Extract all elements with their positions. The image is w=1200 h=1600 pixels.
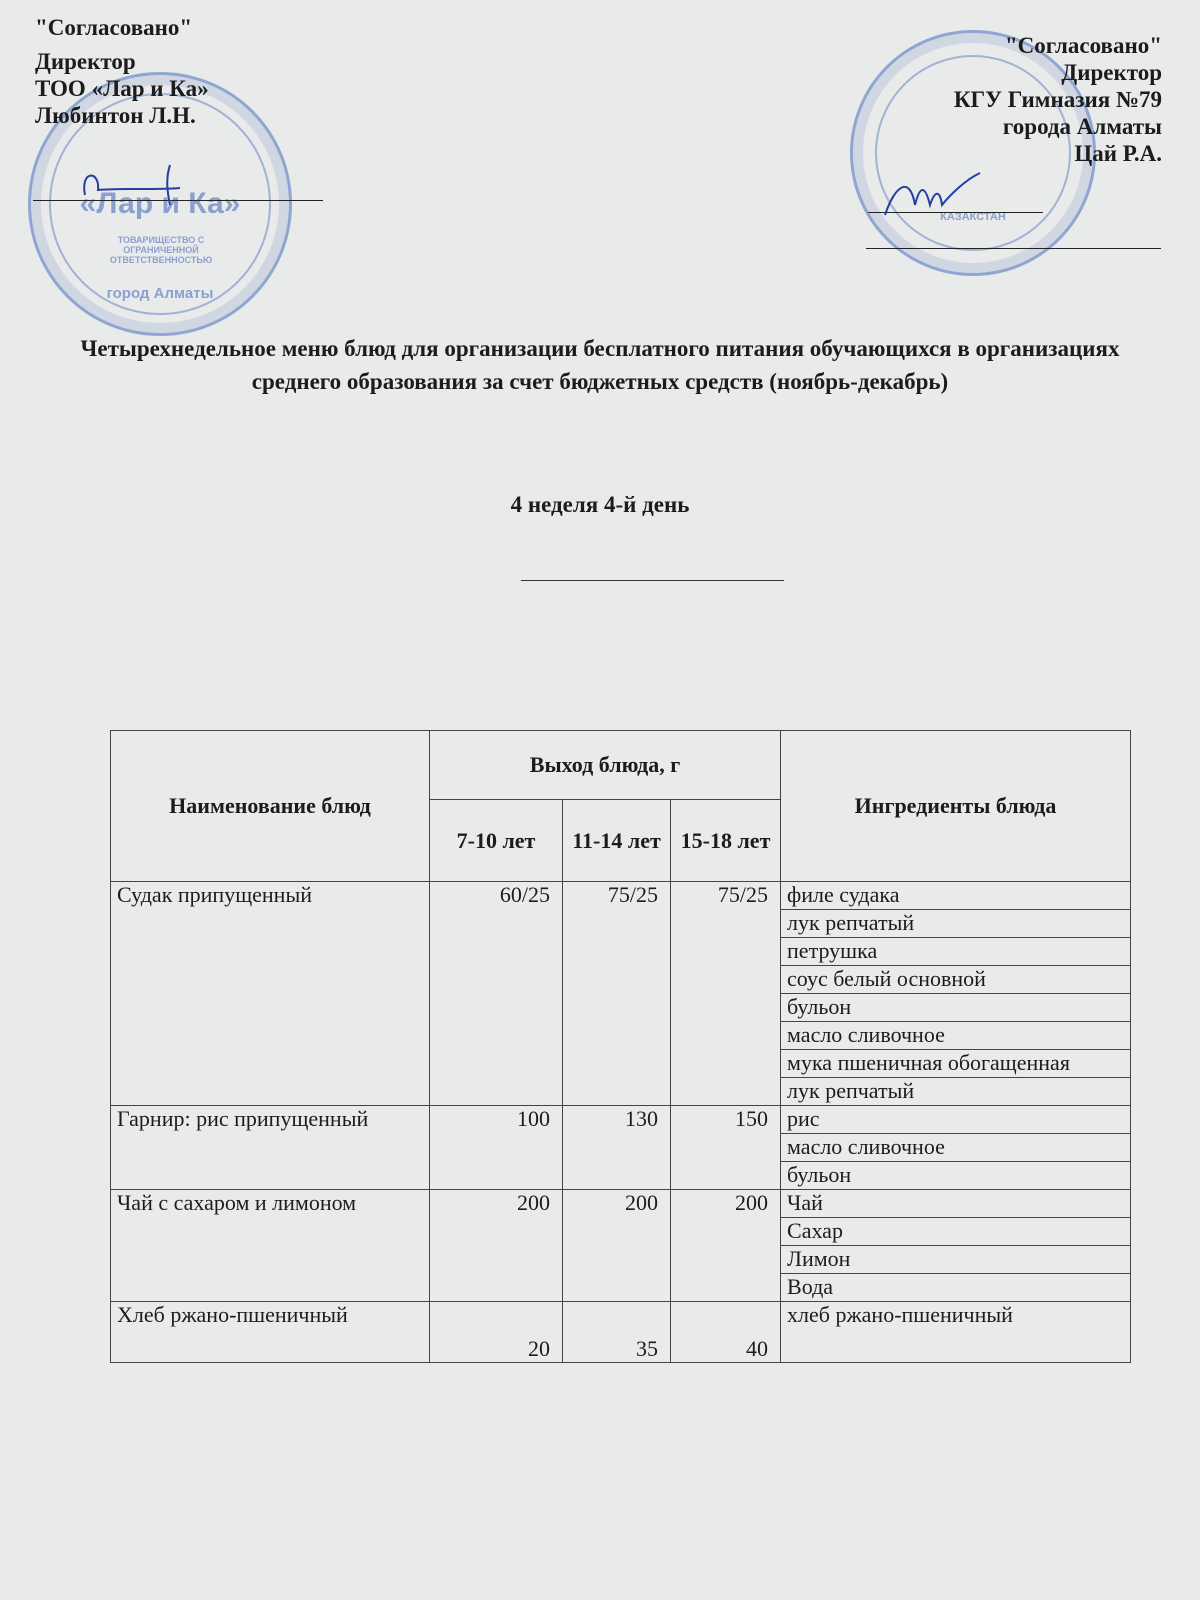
ingredient: Вода [781,1274,1131,1302]
stamp-type: ТОВАРИЩЕСТВО С ОГРАНИЧЕННОЙ ОТВЕТСТВЕННО… [101,235,221,265]
header-yield: Выход блюда, г [430,731,781,800]
approval-position: Директор [35,48,209,75]
approval-block-right: "Согласовано" Директор КГУ Гимназия №79 … [954,14,1162,167]
yield-value: 40 [671,1302,781,1363]
table-row: Судак припущенный60/2575/2575/25филе суд… [111,882,1131,910]
yield-value: 100 [430,1106,563,1190]
dish-name: Чай с сахаром и лимоном [111,1190,430,1302]
header-age-11-14: 11-14 лет [563,800,671,882]
approval-name: Любинтон Л.Н. [35,102,209,129]
dish-name: Гарнир: рис припущенный [111,1106,430,1190]
ingredient: петрушка [781,938,1131,966]
table-row: Чай с сахаром и лимоном200200200Чай [111,1190,1131,1218]
signature-line-right-2 [866,248,1161,249]
approval-name: Цай Р.А. [954,140,1162,167]
header-age-7-10: 7-10 лет [430,800,563,882]
document-title: Четырехнедельное меню блюд для организац… [60,332,1140,398]
yield-value: 150 [671,1106,781,1190]
dish-name: Судак припущенный [111,882,430,1106]
approval-organization: ТОО «Лар и Ка» [35,75,209,102]
table-row: Гарнир: рис припущенный100130150рис [111,1106,1131,1134]
header-dish: Наименование блюд [111,731,430,882]
approval-heading: "Согласовано" [35,14,209,41]
signature-left [80,160,200,210]
ingredient: масло сливочное [781,1134,1131,1162]
yield-value: 200 [563,1190,671,1302]
table-row: Хлеб ржано-пшеничный203540хлеб ржано-пше… [111,1302,1131,1363]
menu-table-body: Судак припущенный60/2575/2575/25филе суд… [111,882,1131,1363]
approval-heading: "Согласовано" [954,32,1162,59]
ingredient: лук репчатый [781,910,1131,938]
ingredient: масло сливочное [781,1022,1131,1050]
yield-value: 60/25 [430,882,563,1106]
header-age-15-18: 15-18 лет [671,800,781,882]
approval-position: Директор [954,59,1162,86]
approval-organization: КГУ Гимназия №79 [954,86,1162,113]
menu-table: Наименование блюд Выход блюда, г Ингреди… [110,730,1131,1363]
signature-right [880,165,990,225]
ingredient: бульон [781,994,1131,1022]
document-subtitle: 4 неделя 4-й день [0,492,1200,518]
ingredient: соус белый основной [781,966,1131,994]
yield-value: 200 [430,1190,563,1302]
header-ingredients: Ингредиенты блюда [781,731,1131,882]
yield-value: 130 [563,1106,671,1190]
yield-value: 75/25 [671,882,781,1106]
ingredient: рис [781,1106,1131,1134]
yield-value: 200 [671,1190,781,1302]
ingredient: мука пшеничная обогащенная [781,1050,1131,1078]
approval-block-left: "Согласовано" Директор ТОО «Лар и Ка» Лю… [35,14,209,129]
ingredient: Лимон [781,1246,1131,1274]
ingredient: бульон [781,1162,1131,1190]
yield-value: 35 [563,1302,671,1363]
ingredient: Сахар [781,1218,1131,1246]
yield-value: 75/25 [563,882,671,1106]
ingredient: Чай [781,1190,1131,1218]
dish-name: Хлеб ржано-пшеничный [111,1302,430,1363]
ingredient: филе судака [781,882,1131,910]
stamp-city: город Алматы [31,285,289,302]
blank-underline [521,580,784,581]
approval-city: города Алматы [954,113,1162,140]
yield-value: 20 [430,1302,563,1363]
ingredient: лук репчатый [781,1078,1131,1106]
ingredient: хлеб ржано-пшеничный [781,1302,1131,1363]
